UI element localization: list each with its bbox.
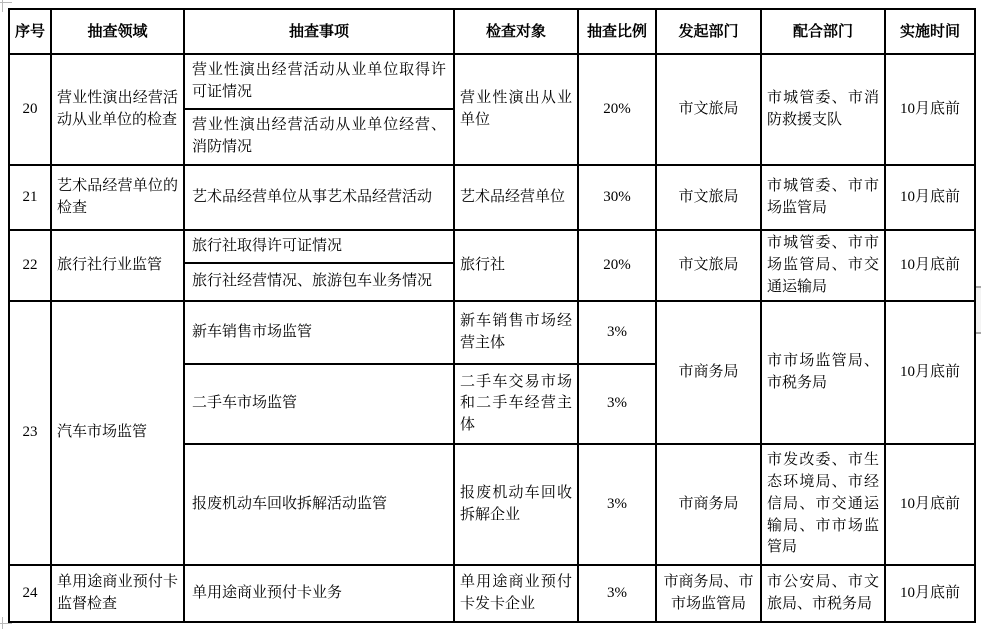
- cell-serial-number: 21: [9, 165, 51, 230]
- cell-inspection-item: 报废机动车回收拆解活动监管: [184, 444, 454, 565]
- cell-initiating-department: 市商务局: [656, 301, 761, 444]
- cell-inspection-item: 营业性演出经营活动从业单位经营、消防情况: [184, 109, 454, 165]
- cell-inspection-area: 单用途商业预付卡监督检查: [51, 565, 184, 622]
- table-row: 21 艺术品经营单位的检查 艺术品经营单位从事艺术品经营活动 艺术品经营单位 3…: [9, 165, 975, 230]
- header-inspection-area: 抽查领域: [51, 9, 184, 54]
- cell-sampling-ratio: 3%: [578, 364, 656, 444]
- cell-sampling-ratio: 3%: [578, 301, 656, 364]
- cell-serial-number: 20: [9, 54, 51, 165]
- scrollbar-thumb[interactable]: [976, 286, 981, 334]
- cell-inspection-area: 旅行社行业监管: [51, 230, 184, 301]
- cell-serial-number: 23: [9, 301, 51, 565]
- cell-inspection-item: 旅行社取得许可证情况: [184, 230, 454, 263]
- cell-initiating-department: 市文旅局: [656, 54, 761, 165]
- cell-implementation-time: 10月底前: [885, 301, 975, 444]
- header-serial-number: 序号: [9, 9, 51, 54]
- cell-serial-number: 24: [9, 565, 51, 622]
- cell-implementation-time: 10月底前: [885, 565, 975, 622]
- inspection-plan-table: 序号 抽查领域 抽查事项 检查对象 抽查比例 发起部门 配合部门 实施时间 20…: [8, 8, 976, 623]
- table-header-row: 序号 抽查领域 抽查事项 检查对象 抽查比例 发起部门 配合部门 实施时间: [9, 9, 975, 54]
- cell-inspection-target: 旅行社: [454, 230, 578, 301]
- cell-inspection-target: 新车销售市场经营主体: [454, 301, 578, 364]
- cell-implementation-time: 10月底前: [885, 54, 975, 165]
- table-row: 20 营业性演出经营活动从业单位的检查 营业性演出经营活动从业单位取得许可证情况…: [9, 54, 975, 109]
- cell-inspection-target: 单用途商业预付卡发卡企业: [454, 565, 578, 622]
- cell-initiating-department: 市商务局: [656, 444, 761, 565]
- cell-inspection-target: 艺术品经营单位: [454, 165, 578, 230]
- cell-inspection-target: 营业性演出从业单位: [454, 54, 578, 165]
- cell-cooperating-department: 市市场监管局、市税务局: [761, 301, 885, 444]
- cell-inspection-target: 二手车交易市场和二手车经营主体: [454, 364, 578, 444]
- cell-inspection-item: 新车销售市场监管: [184, 301, 454, 364]
- cell-cooperating-department: 市城管委、市市场监管局、市交通运输局: [761, 230, 885, 301]
- cell-cooperating-department: 市城管委、市消防救援支队: [761, 54, 885, 165]
- cell-implementation-time: 10月底前: [885, 444, 975, 565]
- cell-inspection-area: 营业性演出经营活动从业单位的检查: [51, 54, 184, 165]
- cell-inspection-item: 营业性演出经营活动从业单位取得许可证情况: [184, 54, 454, 109]
- table-row: 22 旅行社行业监管 旅行社取得许可证情况 旅行社 20% 市文旅局 市城管委、…: [9, 230, 975, 263]
- header-sampling-ratio: 抽查比例: [578, 9, 656, 54]
- cell-initiating-department: 市文旅局: [656, 230, 761, 301]
- cell-cooperating-department: 市公安局、市文旅局、市税务局: [761, 565, 885, 622]
- header-cooperating-department: 配合部门: [761, 9, 885, 54]
- cell-inspection-item: 旅行社经营情况、旅游包车业务情况: [184, 263, 454, 301]
- header-inspection-item: 抽查事项: [184, 9, 454, 54]
- cell-inspection-area: 汽车市场监管: [51, 301, 184, 565]
- cell-sampling-ratio: 3%: [578, 444, 656, 565]
- cell-initiating-department: 市文旅局: [656, 165, 761, 230]
- cell-cooperating-department: 市发改委、市生态环境局、市经信局、市交通运输局、市市场监管局: [761, 444, 885, 565]
- cell-inspection-item: 单用途商业预付卡业务: [184, 565, 454, 622]
- header-initiating-department: 发起部门: [656, 9, 761, 54]
- cell-inspection-item: 艺术品经营单位从事艺术品经营活动: [184, 165, 454, 230]
- cell-implementation-time: 10月底前: [885, 230, 975, 301]
- cell-inspection-area: 艺术品经营单位的检查: [51, 165, 184, 230]
- cell-sampling-ratio: 20%: [578, 230, 656, 301]
- page-boundary-mark-top-left: [0, 2, 12, 3]
- header-implementation-time: 实施时间: [885, 9, 975, 54]
- cell-cooperating-department: 市城管委、市市场监管局: [761, 165, 885, 230]
- header-inspection-target: 检查对象: [454, 9, 578, 54]
- table-row: 23 汽车市场监管 新车销售市场监管 新车销售市场经营主体 3% 市商务局 市市…: [9, 301, 975, 364]
- cell-inspection-target: 报废机动车回收拆解企业: [454, 444, 578, 565]
- cell-inspection-item: 二手车市场监管: [184, 364, 454, 444]
- cell-implementation-time: 10月底前: [885, 165, 975, 230]
- cell-sampling-ratio: 30%: [578, 165, 656, 230]
- cell-serial-number: 22: [9, 230, 51, 301]
- table-row: 24 单用途商业预付卡监督检查 单用途商业预付卡业务 单用途商业预付卡发卡企业 …: [9, 565, 975, 622]
- cell-sampling-ratio: 3%: [578, 565, 656, 622]
- cell-initiating-department: 市商务局、市市场监管局: [656, 565, 761, 622]
- cell-sampling-ratio: 20%: [578, 54, 656, 165]
